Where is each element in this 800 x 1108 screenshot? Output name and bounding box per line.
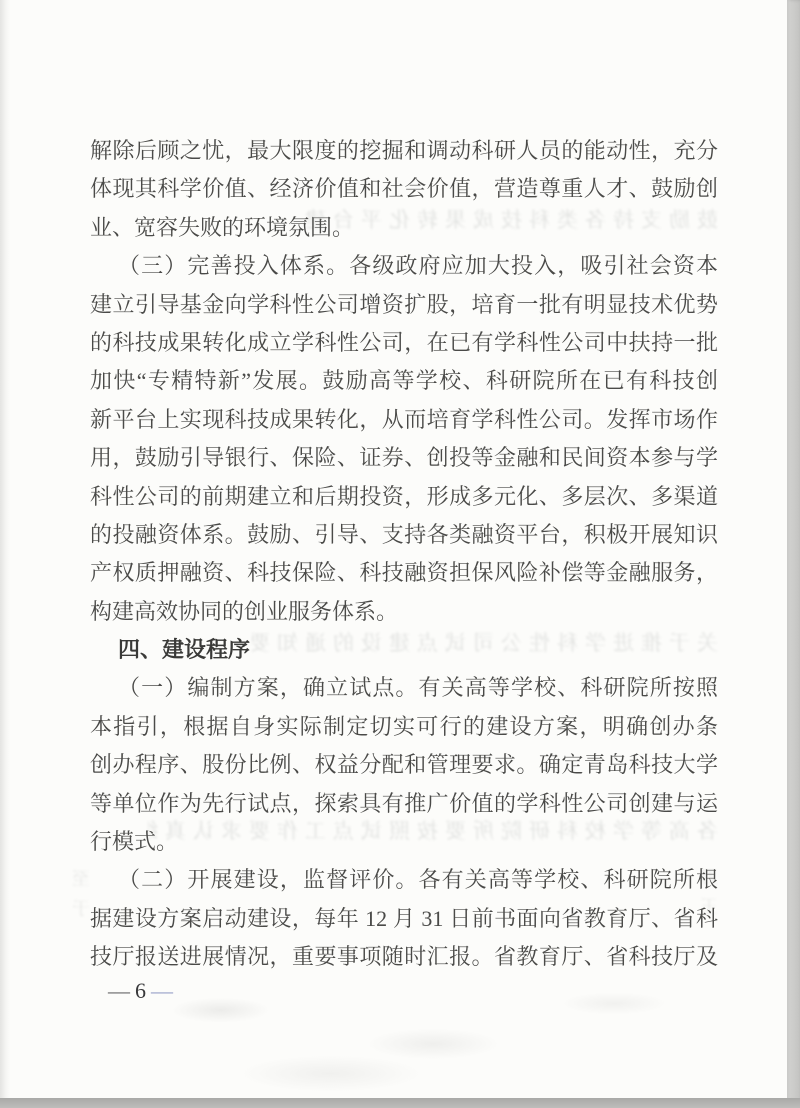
page-edge-left <box>0 0 10 1098</box>
text-line: 产权质押融资、科技保险、科技融资担保风险补偿等金融服务， <box>90 554 718 592</box>
text-line: 新平台上实现科技成果转化，从而培育学科性公司。发挥市场作 <box>90 401 718 439</box>
text-line: 行模式。 <box>90 823 718 861</box>
text-line: 业、宽容失败的环境氛围。 <box>90 209 718 247</box>
scanned-document-page: 鼓励支持各类科技成果转化平台建设工作 关于推进学科性公司试点建设的通知要求 各高… <box>0 0 800 1108</box>
text-line: 加快“专精特新”发展。鼓励高等学校、科研院所在已有科技创 <box>90 362 718 400</box>
text-line: （二）开展建设，监督评价。各有关高等学校、科研院所根 <box>90 861 718 899</box>
text-line: 本指引，根据自身实际制定切实可行的建设方案，明确创办条件、 <box>90 708 718 746</box>
document-body: 解除后顾之忧，最大限度的挖掘和调动科研人员的能动性，充分 体现其科学价值、经济价… <box>90 132 718 977</box>
text-line: 建立引导基金向学科性公司增资扩股，培育一批有明显技术优势 <box>90 286 718 324</box>
text-line: （三）完善投入体系。各级政府应加大投入，吸引社会资本 <box>90 247 718 285</box>
text-line: 体现其科学价值、经济价值和社会价值，营造尊重人才、鼓励创 <box>90 170 718 208</box>
page-edge-bottom <box>0 1098 800 1108</box>
text-line: 创办程序、股份比例、权益分配和管理要求。确定青岛科技大学 <box>90 746 718 784</box>
text-line: 科性公司的前期建立和后期投资，形成多元化、多层次、多渠道 <box>90 478 718 516</box>
text-line: 构建高效协同的创业服务体系。 <box>90 593 718 631</box>
text-line: （一）编制方案，确立试点。有关高等学校、科研院所按照 <box>90 669 718 707</box>
page-edge-right <box>787 0 800 1108</box>
text-line: 等单位作为先行试点，探索具有推广价值的学科性公司创建与运 <box>90 785 718 823</box>
scan-shadow-mottle <box>0 963 787 1098</box>
text-line: 的科技成果转化成立学科性公司，在已有学科性公司中扶持一批 <box>90 324 718 362</box>
text-line: 解除后顾之忧，最大限度的挖掘和调动科研人员的能动性，充分 <box>90 132 718 170</box>
text-line: 据建设方案启动建设，每年 12 月 31 日前书面向省教育厅、省科 <box>90 900 718 938</box>
section-heading: 四、建设程序 <box>90 631 718 669</box>
text-line: 的投融资体系。鼓励、引导、支持各类融资平台，积极开展知识 <box>90 516 718 554</box>
bleedthrough-artifact: 至于 <box>66 864 90 926</box>
text-line: 用，鼓励引导银行、保险、证券、创投等金融和民间资本参与学 <box>90 439 718 477</box>
